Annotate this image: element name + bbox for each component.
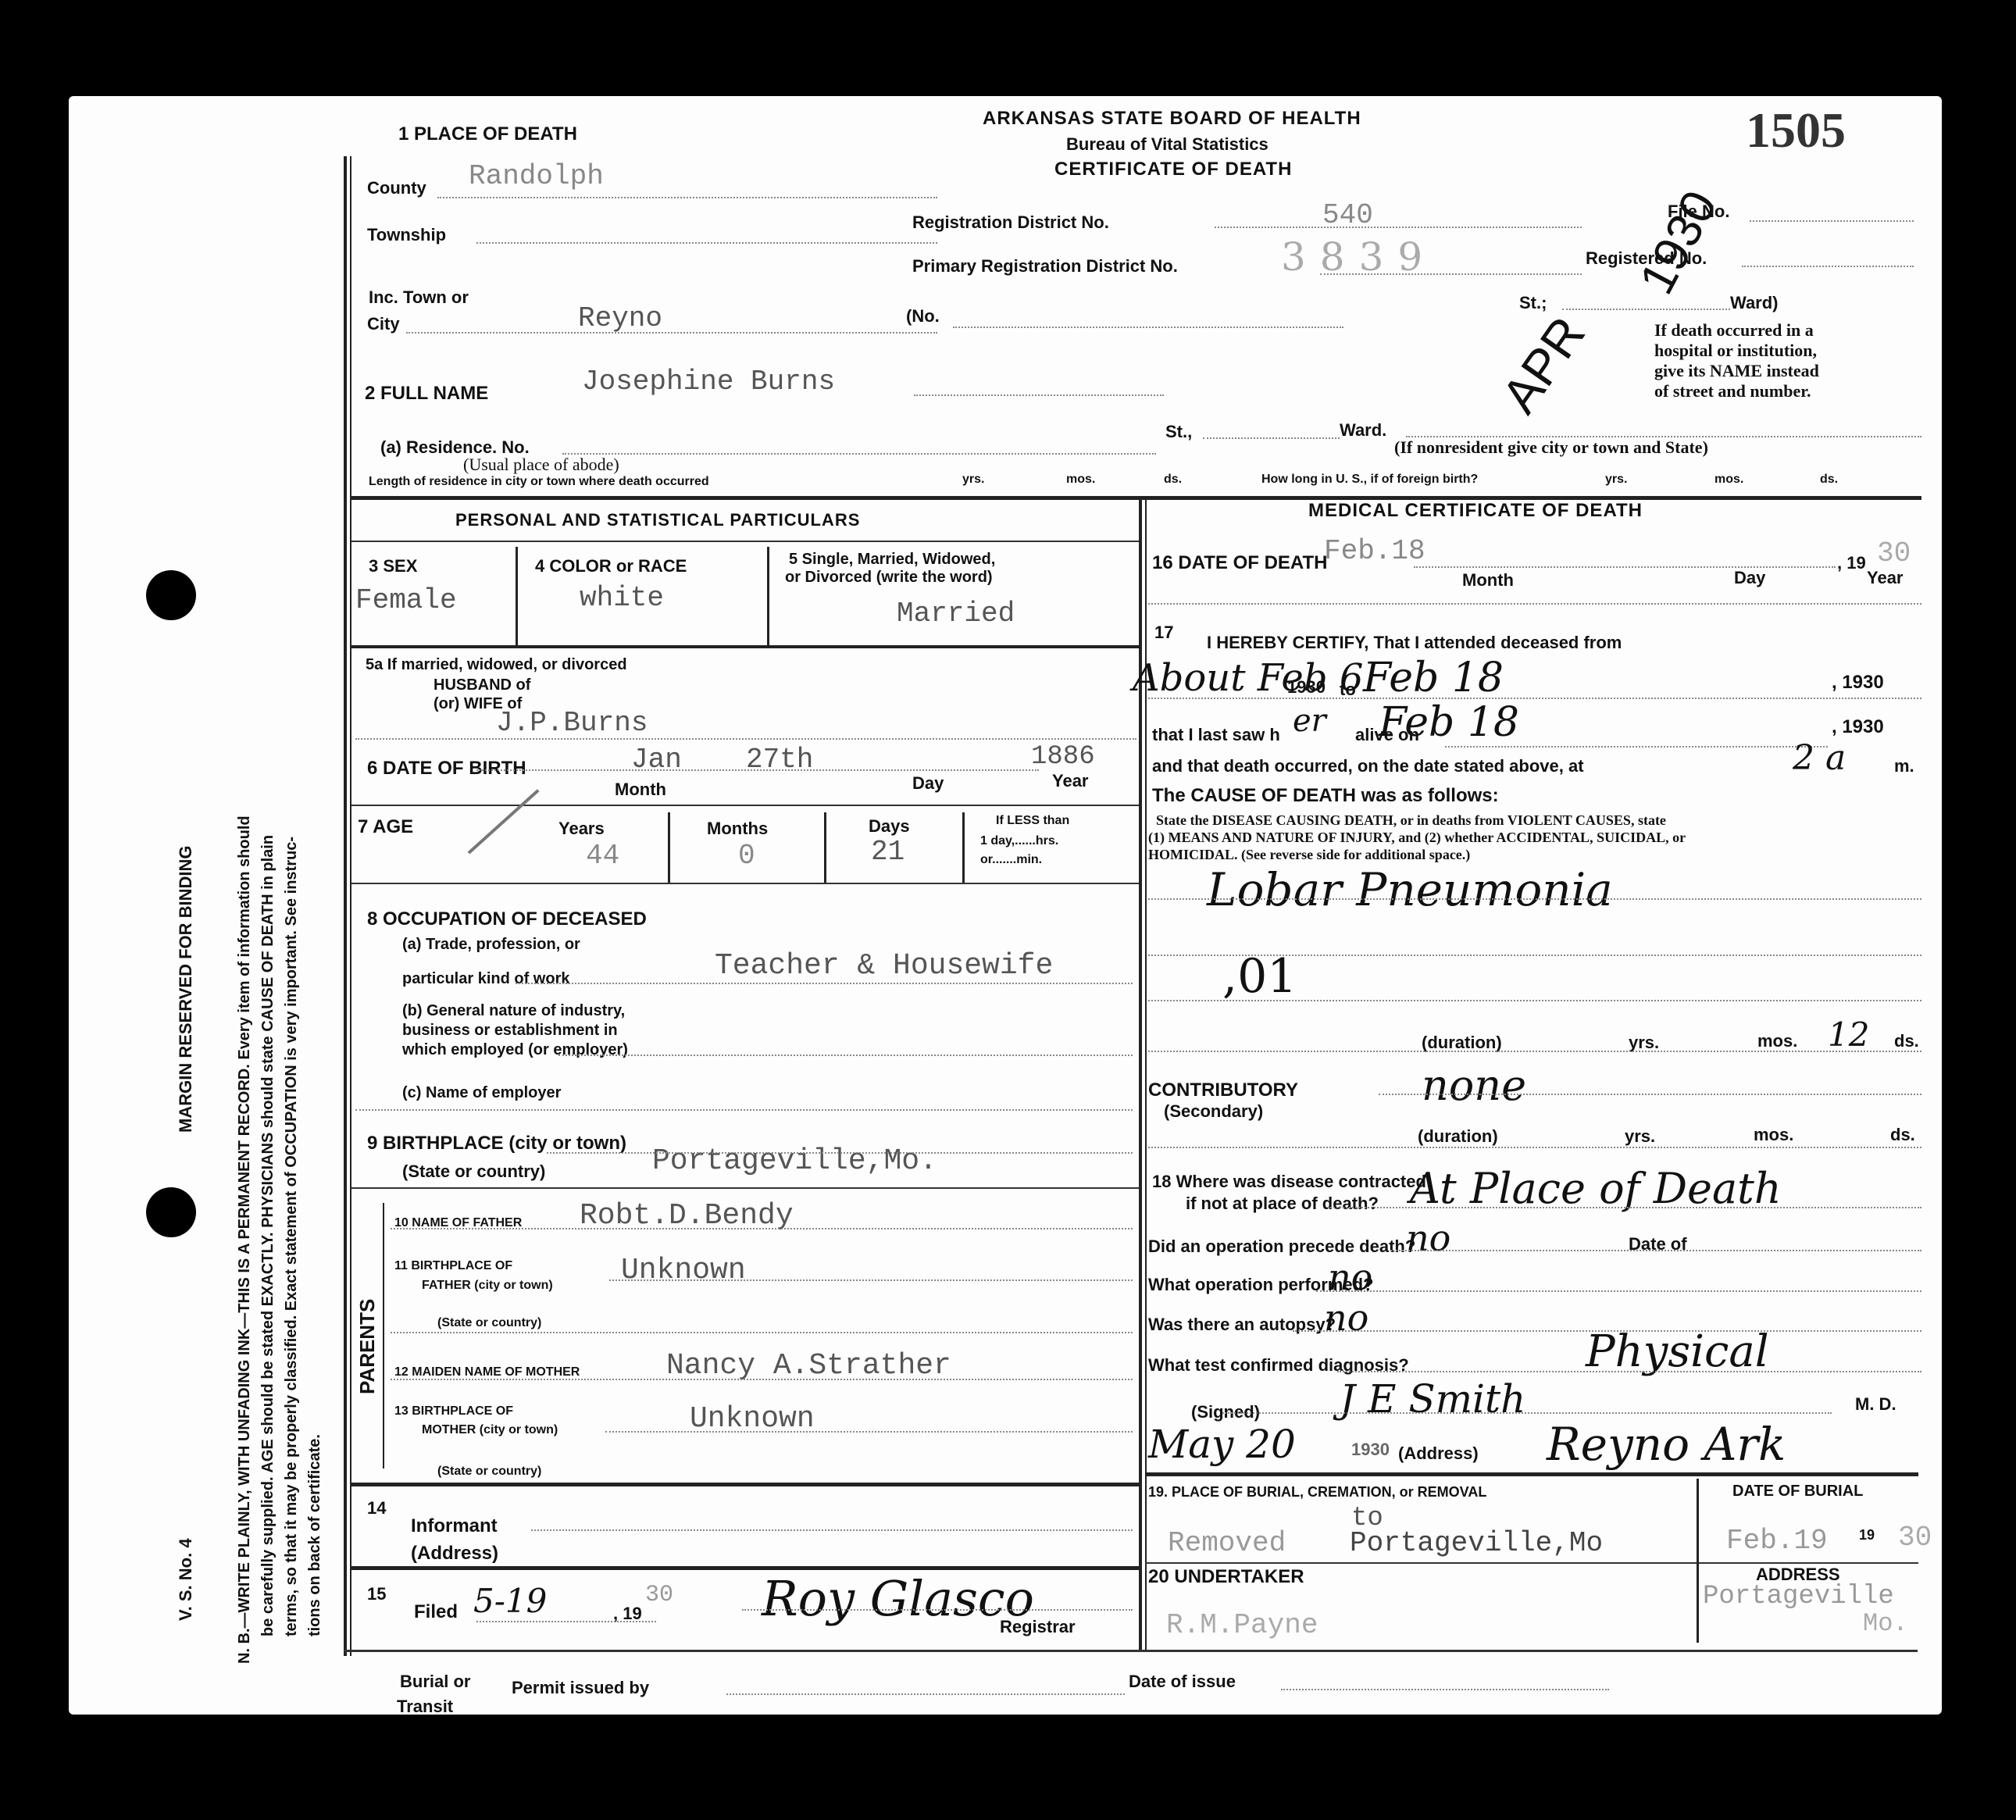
physician-address-label: (Address) (1398, 1444, 1479, 1464)
duration-ds-1: ds. (1894, 1031, 1919, 1051)
age-years-value: 44 (586, 840, 619, 872)
registrar-label: Registrar (1000, 1617, 1076, 1637)
occupation-a-label-1: (a) Trade, profession, or (402, 936, 580, 954)
city-line (406, 332, 937, 334)
form-border-left (344, 156, 347, 1656)
county-value: Randolph (469, 160, 604, 192)
burial-transit-label-1: Burial or (400, 1672, 470, 1692)
marital-label-1: 5 Single, Married, Widowed, (789, 551, 995, 569)
informant-line (531, 1529, 1133, 1531)
cause-instructions-2: (1) MEANS AND NATURE OF INJURY, and (2) … (1148, 830, 1686, 846)
street-no-line (953, 327, 1343, 328)
medical-section-title: MEDICAL CERTIFICATE OF DEATH (1308, 500, 1643, 522)
item-17: 17 (1154, 623, 1173, 643)
contributory-label: CONTRIBUTORY (1148, 1080, 1298, 1101)
cause-value: Lobar Pneumonia (1207, 863, 1613, 916)
informant-address-label: (Address) (411, 1543, 498, 1565)
contributory-line (1379, 1094, 1921, 1095)
date-issue-line (1281, 1689, 1609, 1690)
mother-name-line (391, 1379, 1133, 1380)
attended-to-year: , 1930 (1832, 672, 1884, 694)
mother-state-label: (State or country) (437, 1465, 541, 1479)
autopsy-label: Was there an autopsy? (1148, 1315, 1336, 1335)
length-residence-label: Length of residence in city or town wher… (369, 475, 709, 489)
race-value: white (580, 582, 664, 614)
attended-line (1148, 698, 1921, 699)
attended-from: About Feb 6 (1133, 656, 1363, 700)
filed-label: Filed (414, 1601, 458, 1623)
length-mos-label: mos. (1066, 473, 1095, 487)
operation-date-label: Date of (1629, 1234, 1687, 1254)
operation-value: no (1406, 1217, 1450, 1259)
dod-day-label: Day (1734, 568, 1765, 588)
dob-month-label: Month (615, 780, 666, 800)
burial-transit-label-2: Transit (397, 1697, 453, 1717)
dod-year-prefix: , 19 (1837, 553, 1866, 573)
cause-line-3 (1148, 1000, 1921, 1001)
death-time: 2 a (1793, 738, 1846, 778)
filed-year: 30 (645, 1582, 673, 1608)
occupation-b-label-3: which employed (or employer) (402, 1041, 628, 1059)
town-label-1: Inc. Town or (369, 287, 469, 308)
father-name-line (391, 1228, 1133, 1229)
age-years-label: Years (558, 819, 605, 839)
hospital-note-4: of street and number. (1654, 381, 1811, 401)
residence-st-line (1203, 437, 1340, 439)
cause-line-2 (1148, 955, 1921, 956)
nonresident-note: (If nonresident give city or town and St… (1394, 437, 1708, 458)
dod-year: 30 (1877, 537, 1911, 569)
filed-number: 15 (367, 1584, 386, 1604)
duration-line-1 (1148, 1051, 1921, 1052)
duration-yrs-2: yrs. (1625, 1126, 1655, 1147)
file-no-line (1750, 220, 1914, 222)
mother-name-value: Nancy A.Strather (666, 1349, 951, 1383)
attended-from-year: 1930 (1287, 677, 1326, 698)
dob-year-label: Year (1052, 771, 1089, 791)
sex-race-divider (516, 547, 518, 647)
town-label-2: City (367, 314, 400, 334)
registrar-line (742, 1609, 1133, 1611)
burial-place-value: Portageville,Mo (1350, 1527, 1603, 1559)
hospital-note-3: give its NAME instead (1654, 361, 1819, 381)
date-of-issue-label: Date of issue (1129, 1672, 1236, 1692)
birthplace-divider (351, 1187, 1139, 1189)
full-name-value: Josephine Burns (582, 366, 835, 398)
residence-ward-label: Ward. (1340, 420, 1386, 441)
father-state-label: (State or country) (437, 1316, 541, 1330)
years-months-divider (668, 812, 670, 883)
cause-instructions-1: State the DISEASE CAUSING DEATH, or in d… (1156, 812, 1666, 829)
father-bp-label-1: 11 BIRTHPLACE OF (394, 1259, 512, 1273)
residence-divider (351, 496, 1921, 500)
informant-number: 14 (367, 1498, 386, 1518)
race-marital-divider (767, 547, 769, 647)
mother-name-label: 12 MAIDEN NAME OF MOTHER (394, 1365, 580, 1379)
dod-month-label: Month (1462, 570, 1514, 591)
agency-title: ARKANSAS STATE BOARD OF HEALTH (983, 108, 1361, 130)
burial-place-label: 19. PLACE OF BURIAL, CREMATION, or REMOV… (1148, 1484, 1486, 1501)
form-border-left-inner (350, 156, 351, 1656)
physician-signature: J E Smith (1340, 1376, 1525, 1422)
registrar-signature: Roy Glasco (762, 1570, 1034, 1627)
undertaker-address-1: Portageville (1703, 1582, 1894, 1611)
binding-hole-bottom (146, 1187, 196, 1237)
dob-line (476, 769, 1039, 771)
birthplace-value: Portageville,Mo. (652, 1144, 937, 1178)
ward-label: Ward) (1730, 293, 1779, 313)
mother-bp-label-1: 13 BIRTHPLACE OF (394, 1404, 513, 1419)
occupation-value: Teacher & Housewife (715, 949, 1053, 983)
months-days-divider (824, 812, 826, 883)
burial-date-label: DATE OF BURIAL (1732, 1483, 1863, 1501)
medical-divider (1145, 1472, 1918, 1476)
father-bp-value: Unknown (621, 1254, 746, 1287)
age-label: 7 AGE (358, 816, 413, 838)
contracted-line (1328, 1207, 1921, 1208)
duration-ds-2: ds. (1890, 1125, 1915, 1145)
father-bp-label-2: FATHER (city or town) (422, 1279, 553, 1293)
personal-section-title: PERSONAL AND STATISTICAL PARTICULARS (455, 510, 860, 530)
margin-instruction-2: be carefully supplied. AGE should be sta… (259, 835, 277, 1636)
less-than-label-1: If LESS than (996, 814, 1069, 828)
form-bottom-border (344, 1650, 1918, 1652)
test-label: What test confirmed diagnosis? (1148, 1355, 1409, 1376)
city-value: Reyno (578, 302, 662, 334)
mother-bp-label-2: MOTHER (city or town) (422, 1423, 558, 1437)
permit-issued-label: Permit issued by (512, 1678, 649, 1698)
dod-line (1414, 566, 1836, 568)
age-days-value: 21 (871, 836, 905, 868)
spouse-value: J.P.Burns (496, 707, 648, 739)
hospital-note-2: hospital or institution, (1654, 341, 1817, 361)
dod-label: 16 DATE OF DEATH (1152, 552, 1327, 574)
duration-label-2: (duration) (1418, 1126, 1498, 1147)
county-line (437, 197, 937, 198)
physician-address: Reyno Ark (1547, 1418, 1786, 1471)
no-label: (No. (906, 306, 940, 327)
occupation-c-label: (c) Name of employer (402, 1084, 561, 1102)
parents-bracket (383, 1203, 384, 1468)
filed-line (476, 1621, 656, 1622)
st-label: St.; (1519, 293, 1547, 313)
undertaker-address-2: Mo. (1863, 1609, 1908, 1638)
foreign-mos-label: mos. (1714, 473, 1743, 487)
binding-hole-top (146, 570, 196, 620)
occupation-a-label-2: particular kind of work (402, 970, 569, 988)
dob-label: 6 DATE OF BIRTH (367, 758, 526, 780)
undertaker-label: 20 UNDERTAKER (1148, 1566, 1304, 1588)
primary-reg-line (1320, 273, 1582, 275)
autopsy-value: no (1324, 1297, 1368, 1339)
abode-label: (Usual place of abode) (463, 455, 619, 475)
operation-line (1390, 1250, 1921, 1251)
death-time-label: and that death occurred, on the date sta… (1152, 756, 1584, 776)
test-line (1337, 1371, 1921, 1372)
last-saw-line (1445, 746, 1828, 748)
duration-mos-1: mos. (1757, 1031, 1797, 1051)
dod-divider (1148, 603, 1921, 605)
spouse-line (355, 738, 1136, 740)
contributory-value: none (1422, 1061, 1526, 1110)
hospital-note-1: If death occurred in a (1654, 320, 1814, 341)
full-name-label: 2 FULL NAME (365, 383, 488, 405)
informant-label: Informant (411, 1515, 498, 1537)
reg-district-line (1215, 227, 1582, 228)
days-less-divider (962, 812, 965, 883)
contracted-value: At Place of Death (1410, 1164, 1782, 1213)
sex-value: Female (355, 584, 457, 616)
occupation-b-label-2: business or establishment in (402, 1022, 618, 1040)
sex-label: 3 SEX (369, 556, 417, 576)
operation-label: Did an operation precede death? (1148, 1237, 1415, 1257)
foreign-yrs-label: yrs. (1605, 473, 1627, 487)
foreign-birth-label: How long in U. S., if of foreign birth? (1261, 473, 1478, 487)
filed-date: 5-19 (473, 1582, 547, 1620)
personal-title-divider (351, 541, 1139, 542)
marital-value: Married (897, 598, 1015, 630)
burial-date-year-prefix: 19 (1859, 1527, 1875, 1543)
burial-place-prefix: Removed (1168, 1527, 1286, 1559)
what-operation-line (1316, 1290, 1921, 1292)
age-days-label: Days (869, 816, 910, 837)
md-label: M. D. (1855, 1394, 1896, 1415)
cause-instructions-3: HOMICIDAL. (See reverse side for additio… (1148, 847, 1470, 863)
residence-line (562, 453, 1156, 455)
duration-mos-2: mos. (1754, 1125, 1793, 1145)
dod-year-label: Year (1867, 568, 1904, 588)
duration-line-2 (1148, 1147, 1921, 1148)
death-time-suffix: m. (1894, 756, 1914, 776)
burial-place-line (1145, 1562, 1918, 1564)
margin-instruction-3: terms, so that it may be properly classi… (283, 837, 301, 1636)
marital-label-2: or Divorced (write the word) (785, 569, 993, 587)
primary-reg-label: Primary Registration District No. (912, 256, 1178, 277)
bureau-title: Bureau of Vital Statistics (1066, 134, 1268, 155)
cause-mark: ,01 (1222, 949, 1297, 1004)
contracted-label-1: 18 Where was disease contracted (1152, 1172, 1426, 1192)
sex-row-divider (351, 645, 1139, 648)
certificate-title: CERTIFICATE OF DEATH (1054, 159, 1292, 180)
dob-divider (351, 805, 1139, 806)
attended-to: Feb 18 (1363, 655, 1504, 701)
signature-line (1222, 1412, 1832, 1414)
age-months-label: Months (707, 819, 768, 839)
section-place-of-death: 1 PLACE OF DEATH (398, 123, 577, 145)
test-value: Physical (1586, 1326, 1769, 1377)
burial-date-year: 30 (1898, 1522, 1932, 1554)
occupation-b-label-1: (b) General nature of industry, (402, 1002, 625, 1020)
parents-label: PARENTS (355, 1299, 380, 1394)
birthplace-label-1: 9 BIRTHPLACE (city or town) (367, 1133, 626, 1154)
cause-of-death-label: The CAUSE OF DEATH was as follows: (1152, 785, 1499, 807)
residence-st-label: St., (1165, 422, 1192, 442)
less-than-label-2: 1 day,......hrs. (980, 834, 1058, 848)
cause-line-1 (1148, 898, 1921, 900)
foreign-ds-label: ds. (1820, 473, 1838, 487)
dod-value: Feb.18 (1324, 535, 1425, 567)
race-label: 4 COLOR or RACE (535, 556, 687, 576)
birthplace-line (547, 1152, 1133, 1154)
margin-instruction-1: N. B.—WRITE PLAINLY, WITH UNFADING INK—T… (236, 164, 254, 1664)
binding-note: MARGIN RESERVED FOR BINDING (176, 845, 196, 1133)
margin-instruction-4: tions on back of certificate. (306, 1434, 324, 1636)
certify-text: I HEREBY CERTIFY, That I attended deceas… (1207, 633, 1622, 653)
undertaker-value: R.M.Payne (1166, 1609, 1318, 1641)
duration-days-value: 12 (1828, 1015, 1869, 1054)
spouse-label-1: 5a If married, widowed, or divorced (366, 656, 627, 674)
occupation-line (516, 983, 1133, 984)
parents-divider (351, 1483, 1139, 1486)
county-label: County (367, 178, 426, 198)
last-saw-date: Feb 18 (1379, 699, 1519, 746)
dob-year: 1886 (1031, 742, 1095, 772)
form-code: V. S. No. 4 (176, 1538, 196, 1621)
reg-district-label: Registration District No. (912, 212, 1109, 233)
certificate-number: 1505 (1746, 102, 1846, 159)
township-line (476, 242, 937, 244)
permit-line (726, 1693, 1125, 1695)
township-label: Township (367, 225, 446, 245)
age-months-value: 0 (738, 840, 755, 872)
contracted-label-2: if not at place of death? (1186, 1194, 1379, 1214)
length-ds-label: ds. (1164, 473, 1182, 487)
ward-line (1562, 309, 1730, 310)
dob-day-label: Day (912, 773, 944, 794)
full-name-line (914, 394, 1164, 396)
length-yrs-label: yrs. (962, 473, 984, 487)
last-saw-pronoun: er (1293, 703, 1326, 739)
signed-date: May 20 (1148, 1422, 1296, 1467)
father-bp-line (609, 1279, 1133, 1281)
secondary-label: (Secondary) (1164, 1101, 1263, 1122)
burial-column-divider (1697, 1479, 1699, 1643)
registered-no-line (1742, 266, 1914, 267)
last-saw-label: that I last saw h (1152, 725, 1280, 745)
birthplace-label-2: (State or country) (402, 1162, 545, 1182)
last-saw-year: , 1930 (1832, 716, 1884, 738)
industry-line (558, 1055, 1133, 1056)
father-state-line (391, 1332, 1133, 1333)
burial-date-value: Feb.19 (1726, 1525, 1828, 1557)
spouse-label-2: HUSBAND of (434, 676, 530, 694)
occupation-label: 8 OCCUPATION OF DECEASED (367, 908, 647, 930)
signed-year: 1930 (1351, 1440, 1390, 1460)
less-than-label-3: or.......min. (980, 853, 1042, 867)
employer-line (355, 1109, 1133, 1111)
mother-bp-line (605, 1431, 1133, 1433)
age-divider (351, 883, 1139, 884)
